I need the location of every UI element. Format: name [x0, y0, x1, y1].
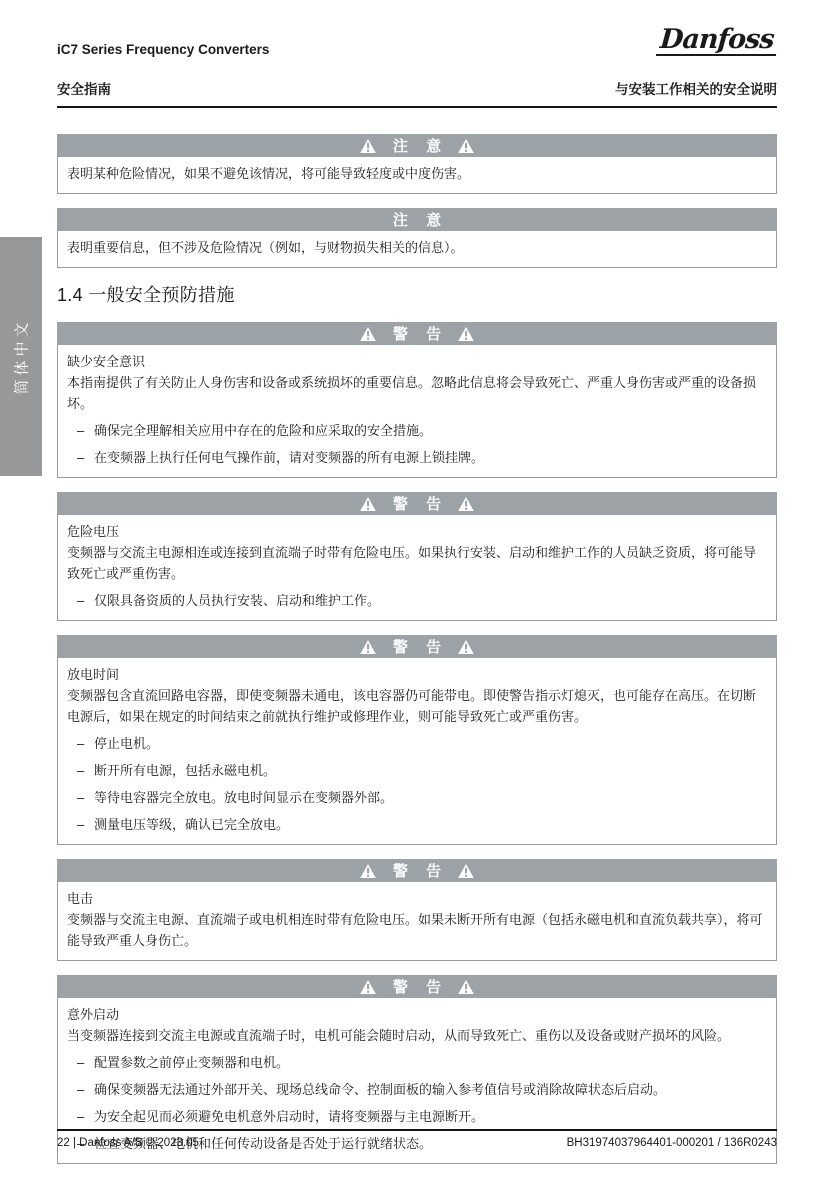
warning-bar: 警 告	[57, 975, 777, 998]
warning-bar: 警 告	[57, 635, 777, 658]
warning-triangle-icon	[360, 640, 376, 654]
list-item: – 为安全起见而必须避免电机意外启动时，请将变频器与主电源断开。	[67, 1106, 767, 1127]
warning-title: 电击	[67, 888, 767, 909]
bullet-dash: –	[67, 1079, 94, 1100]
warning-box-hazardous-voltage: 警 告 危险电压 变频器与交流主电源相连或连接到直流端子时带有危险电压。如果执行…	[57, 492, 777, 621]
caution-bar: 注 意	[57, 134, 777, 157]
bullet-dash: –	[67, 420, 94, 441]
list-item: – 配置参数之前停止变频器和电机。	[67, 1052, 767, 1073]
warning-triangle-icon	[360, 980, 376, 994]
warning-triangle-icon	[458, 980, 474, 994]
warning-bar-label: 警 告	[393, 860, 448, 881]
bullet-dash: –	[67, 1052, 94, 1073]
warning-text: 当变频器连接到交流主电源或直流端子时，电机可能会随时启动，从而导致死亡、重伤以及…	[67, 1025, 767, 1046]
doc-type-title: 安全指南	[57, 78, 111, 98]
warning-bar-label: 警 告	[393, 323, 448, 344]
warning-title: 危险电压	[67, 521, 767, 542]
warning-body: 电击 变频器与交流主电源、直流端子或电机相连时带有危险电压。如果未断开所有电源（…	[57, 882, 777, 961]
warning-body: 危险电压 变频器与交流主电源相连或连接到直流端子时带有危险电压。如果执行安装、启…	[57, 515, 777, 621]
bullet-text: 仅限具备资质的人员执行安装、启动和维护工作。	[94, 590, 380, 611]
warning-triangle-icon	[458, 640, 474, 654]
warning-triangle-icon	[360, 497, 376, 511]
warning-text: 变频器包含直流回路电容器，即使变频器未通电，该电容器仍可能带电。即使警告指示灯熄…	[67, 685, 767, 727]
list-item: – 测量电压等级，确认已完全放电。	[67, 814, 767, 835]
warning-triangle-icon	[458, 497, 474, 511]
warning-box-electrical-shock: 警 告 电击 变频器与交流主电源、直流端子或电机相连时带有危险电压。如果未断开所…	[57, 859, 777, 961]
warning-triangle-icon	[360, 327, 376, 341]
warning-triangle-icon	[360, 980, 376, 994]
bullet-dash: –	[67, 590, 94, 611]
caution-text: 表明某种危险情况，如果不避免该情况，将可能导致轻度或中度伤害。	[67, 163, 767, 184]
chapter-title: 与安装工作相关的安全说明	[615, 78, 777, 98]
warning-triangle-icon	[458, 139, 474, 153]
warning-body: 放电时间 变频器包含直流回路电容器，即使变频器未通电，该电容器仍可能带电。即使警…	[57, 658, 777, 845]
notice-box: 注 意 表明重要信息，但不涉及危险情况（例如，与财物损失相关的信息）。	[57, 208, 777, 268]
bullet-text: 配置参数之前停止变频器和电机。	[94, 1052, 289, 1073]
warning-triangle-icon	[360, 864, 376, 878]
warning-text: 变频器与交流主电源相连或连接到直流端子时带有危险电压。如果执行安装、启动和维护工…	[67, 542, 767, 584]
warning-bar-label: 警 告	[393, 976, 448, 997]
bullet-dash: –	[67, 1106, 94, 1127]
bullet-dash: –	[67, 814, 94, 835]
bullet-dash: –	[67, 733, 94, 754]
bullet-text: 停止电机。	[94, 733, 159, 754]
document-page: { "header": { "product_title": "iC7 Seri…	[0, 0, 839, 1191]
warning-triangle-icon	[458, 139, 474, 153]
warning-triangle-icon	[458, 864, 474, 878]
warning-triangle-icon	[458, 640, 474, 654]
list-item: – 确保完全理解相关应用中存在的危险和应采取的安全措施。	[67, 420, 767, 441]
warning-box-discharge-time: 警 告 放电时间 变频器包含直流回路电容器，即使变频器未通电，该电容器仍可能带电…	[57, 635, 777, 845]
running-header: 安全指南 与安装工作相关的安全说明	[57, 78, 777, 98]
product-title: iC7 Series Frequency Converters	[57, 42, 777, 57]
warning-text: 本指南提供了有关防止人身伤害和设备或系统损坏的重要信息。忽略此信息将会导致死亡、…	[67, 372, 767, 414]
bullet-text: 为安全起见而必须避免电机意外启动时，请将变频器与主电源断开。	[94, 1106, 484, 1127]
warning-triangle-icon	[458, 980, 474, 994]
caution-bar-label: 注 意	[393, 135, 448, 156]
notice-bar: 注 意	[57, 208, 777, 231]
warning-bar-label: 警 告	[393, 636, 448, 657]
warning-triangle-icon	[360, 497, 376, 511]
list-item: – 仅限具备资质的人员执行安装、启动和维护工作。	[67, 590, 767, 611]
warning-body: 缺少安全意识 本指南提供了有关防止人身伤害和设备或系统损坏的重要信息。忽略此信息…	[57, 345, 777, 478]
warning-bar: 警 告	[57, 322, 777, 345]
bullet-text: 确保完全理解相关应用中存在的危险和应采取的安全措施。	[94, 420, 432, 441]
list-item: – 等待电容器完全放电。放电时间显示在变频器外部。	[67, 787, 767, 808]
bullet-text: 测量电压等级，确认已完全放电。	[94, 814, 289, 835]
warning-triangle-icon	[458, 327, 474, 341]
bullet-text: 断开所有电源，包括永磁电机。	[94, 760, 276, 781]
footer-doc-number: BH31974037964401-000201 / 136R0243	[567, 1137, 777, 1149]
warning-text: 变频器与交流主电源、直流端子或电机相连时带有危险电压。如果未断开所有电源（包括永…	[67, 909, 767, 951]
caution-body: 表明某种危险情况，如果不避免该情况，将可能导致轻度或中度伤害。	[57, 157, 777, 194]
bullet-dash: –	[67, 447, 94, 468]
warning-triangle-icon	[360, 640, 376, 654]
warning-triangle-icon	[458, 327, 474, 341]
list-item: – 在变频器上执行任何电气操作前，请对变频器的所有电源上锁挂牌。	[67, 447, 767, 468]
footer-page-info: 22 | Danfoss A/S © 2023.05	[57, 1137, 199, 1149]
section-heading: 1.4 一般安全预防措施	[57, 281, 777, 307]
warning-box-safety-awareness: 警 告 缺少安全意识 本指南提供了有关防止人身伤害和设备或系统损坏的重要信息。忽…	[57, 322, 777, 478]
bullet-text: 确保变频器无法通过外部开关、现场总线命令、控制面板的输入参考值信号或消除故障状态…	[94, 1079, 666, 1100]
warning-triangle-icon	[458, 497, 474, 511]
bullet-text: 在变频器上执行任何电气操作前，请对变频器的所有电源上锁挂牌。	[94, 447, 484, 468]
warning-triangle-icon	[458, 864, 474, 878]
warning-title: 意外启动	[67, 1004, 767, 1025]
language-side-tab: 简体中文	[0, 237, 42, 476]
notice-body: 表明重要信息，但不涉及危险情况（例如，与财物损失相关的信息）。	[57, 231, 777, 268]
warning-bar-label: 警 告	[393, 493, 448, 514]
language-side-tab-label: 简体中文	[11, 318, 32, 394]
warning-bar: 警 告	[57, 859, 777, 882]
notice-text: 表明重要信息，但不涉及危险情况（例如，与财物损失相关的信息）。	[67, 237, 767, 258]
warning-triangle-icon	[360, 327, 376, 341]
bullet-dash: –	[67, 787, 94, 808]
warning-triangle-icon	[360, 139, 376, 153]
list-item: – 断开所有电源，包括永磁电机。	[67, 760, 767, 781]
warning-triangle-icon	[360, 139, 376, 153]
list-item: – 停止电机。	[67, 733, 767, 754]
notice-bar-label: 注 意	[393, 209, 448, 230]
warning-triangle-icon	[360, 864, 376, 878]
page-footer: 22 | Danfoss A/S © 2023.05 BH31974037964…	[57, 1129, 777, 1149]
bullet-dash: –	[67, 760, 94, 781]
header-rule	[57, 106, 777, 108]
caution-box: 注 意 表明某种危险情况，如果不避免该情况，将可能导致轻度或中度伤害。	[57, 134, 777, 194]
warning-bar: 警 告	[57, 492, 777, 515]
page-content: iC7 Series Frequency Converters 安全指南 与安装…	[57, 0, 777, 1164]
bullet-text: 等待电容器完全放电。放电时间显示在变频器外部。	[94, 787, 393, 808]
warning-title: 放电时间	[67, 664, 767, 685]
list-item: – 确保变频器无法通过外部开关、现场总线命令、控制面板的输入参考值信号或消除故障…	[67, 1079, 767, 1100]
warning-title: 缺少安全意识	[67, 351, 767, 372]
